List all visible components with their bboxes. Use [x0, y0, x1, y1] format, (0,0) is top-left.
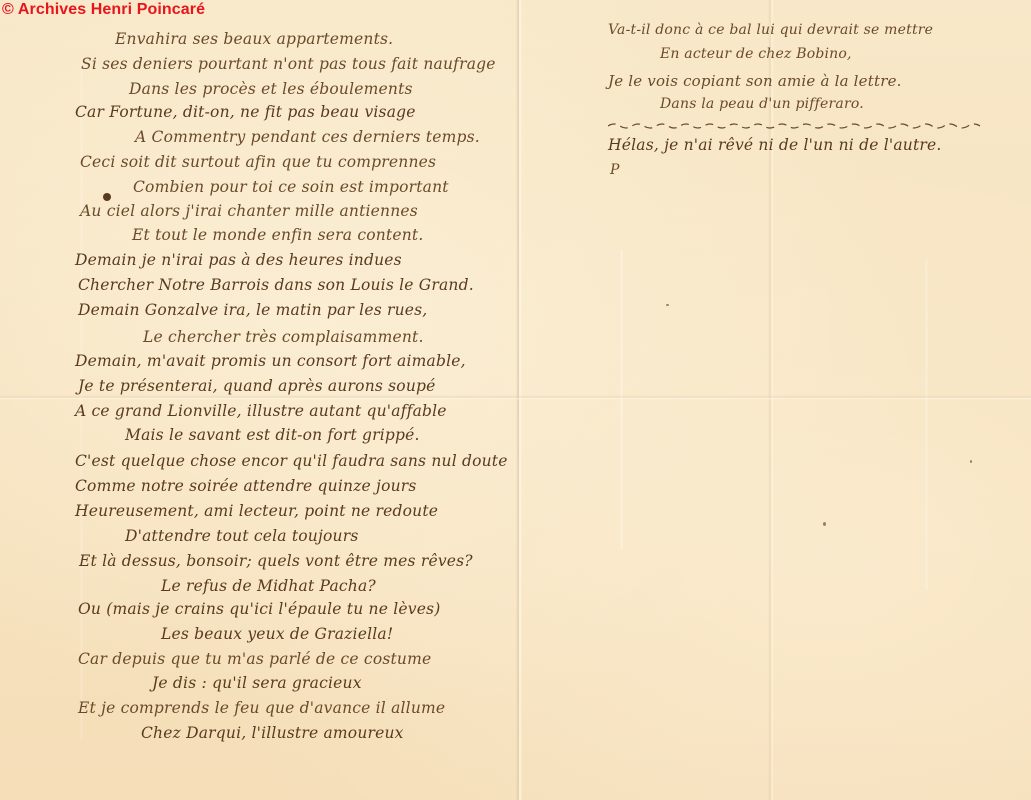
handwritten-line: Le refus de Midhat Pacha?	[161, 577, 376, 595]
handwritten-line: Comme notre soirée attendre quinze jours	[75, 477, 417, 495]
handwritten-line: Demain, m'avait promis un consort fort a…	[75, 352, 466, 370]
ink-spot	[823, 522, 826, 526]
handwritten-line: Et là dessus, bonsoir; quels vont être m…	[79, 552, 473, 570]
archive-watermark: © Archives Henri Poincaré	[2, 1, 205, 19]
handwritten-line: Je te présenterai, quand après aurons so…	[78, 377, 436, 395]
handwritten-line: Chez Darqui, l'illustre amoureux	[141, 724, 404, 742]
handwritten-line: En acteur de chez Bobino,	[660, 46, 852, 62]
handwritten-line: Je dis : qu'il sera gracieux	[152, 674, 362, 692]
handwritten-line: Je le vois copiant son amie à la lettre.	[608, 72, 902, 90]
handwritten-line: Et tout le monde enfin sera content.	[132, 226, 423, 244]
handwritten-line: Heureusement, ami lecteur, point ne redo…	[75, 502, 438, 520]
crease	[620, 250, 623, 550]
right-page: Va-t-il donc à ce bal lui qui devrait se…	[600, 22, 1020, 182]
ink-spot	[666, 304, 669, 306]
handwritten-line: P	[610, 162, 620, 178]
handwritten-line: Envahira ses beaux appartements.	[115, 30, 393, 48]
wavy-separator	[608, 118, 988, 132]
handwritten-line: C'est quelque chose encor qu'il faudra s…	[75, 452, 508, 470]
handwritten-line: D'attendre tout cela toujours	[125, 527, 358, 545]
handwritten-line: Car Fortune, dit-on, ne fit pas beau vis…	[75, 103, 416, 121]
left-page: Envahira ses beaux appartements. Si ses …	[75, 30, 525, 750]
handwritten-line: Si ses deniers pourtant n'ont pas tous f…	[81, 55, 496, 73]
handwritten-line: Ceci soit dit surtout afin que tu compre…	[80, 153, 436, 171]
handwritten-line: Dans les procès et les éboulements	[129, 80, 413, 98]
handwritten-line: Et je comprends le feu que d'avance il a…	[78, 699, 445, 717]
handwritten-line: Au ciel alors j'irai chanter mille antie…	[80, 202, 418, 220]
handwritten-line: A ce grand Lionville, illustre autant qu…	[75, 402, 447, 420]
crease	[925, 260, 928, 590]
ink-spot	[970, 460, 972, 463]
handwritten-line: Ou (mais je crains qu'ici l'épaule tu ne…	[78, 600, 440, 618]
handwritten-line: Hélas, je n'ai rêvé ni de l'un ni de l'a…	[608, 136, 941, 154]
handwritten-line: Car depuis que tu m'as parlé de ce costu…	[78, 650, 431, 668]
handwritten-line: Va-t-il donc à ce bal lui qui devrait se…	[608, 22, 933, 38]
handwritten-line: Dans la peau d'un pifferaro.	[660, 96, 864, 112]
handwritten-line: A Commentry pendant ces derniers temps.	[135, 128, 480, 146]
handwritten-line: Demain Gonzalve ira, le matin par les ru…	[78, 301, 427, 319]
handwritten-line: Chercher Notre Barrois dans son Louis le…	[78, 276, 474, 294]
handwritten-line: Demain je n'irai pas à des heures indues	[75, 251, 402, 269]
handwritten-line: Mais le savant est dit-on fort grippé.	[125, 426, 420, 444]
handwritten-line: Combien pour toi ce soin est important	[133, 178, 449, 196]
handwritten-line: Le chercher très complaisamment.	[143, 328, 424, 346]
handwritten-line: Les beaux yeux de Graziella!	[161, 625, 393, 643]
